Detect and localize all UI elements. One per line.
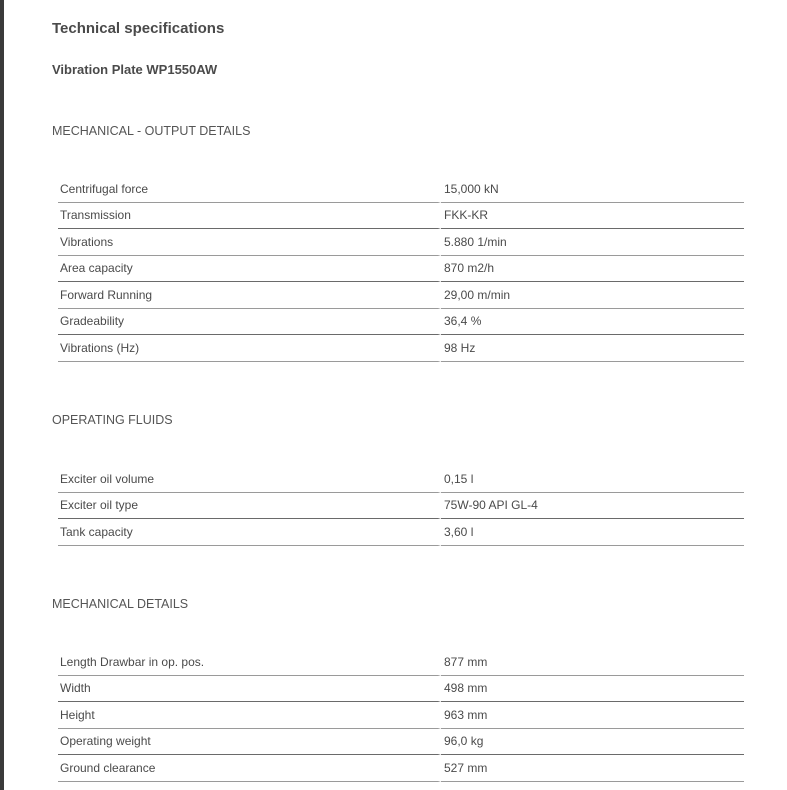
table-row: Length Drawbar in op. pos.877 mm [58, 649, 744, 676]
spec-label: Exciter oil volume [58, 466, 441, 493]
spec-value: 0,15 l [441, 466, 744, 493]
table-row: Height963 mm [58, 702, 744, 729]
spec-table-mechanical-details: Length Drawbar in op. pos.877 mmWidth498… [58, 649, 744, 782]
section-heading-mechanical-output: MECHANICAL - OUTPUT DETAILS [52, 124, 250, 138]
section-heading-operating-fluids: OPERATING FLUIDS [52, 413, 173, 427]
table-row: Width498 mm [58, 676, 744, 703]
spec-value: FKK-KR [441, 203, 744, 230]
spec-value: 96,0 kg [441, 729, 744, 756]
table-row: Area capacity870 m2/h [58, 256, 744, 283]
table-row: Operating weight96,0 kg [58, 729, 744, 756]
spec-table-mechanical-output: Centrifugal force15,000 kNTransmissionFK… [58, 176, 744, 362]
spec-label: Width [58, 676, 441, 703]
table-row: Forward Running29,00 m/min [58, 282, 744, 309]
spec-label: Centrifugal force [58, 176, 441, 203]
spec-label: Area capacity [58, 256, 441, 283]
spec-label: Operating weight [58, 729, 441, 756]
spec-value: 870 m2/h [441, 256, 744, 283]
spec-table-operating-fluids: Exciter oil volume0,15 lExciter oil type… [58, 466, 744, 546]
spec-label: Vibrations (Hz) [58, 335, 441, 362]
table-row: Vibrations5.880 1/min [58, 229, 744, 256]
spec-value: 15,000 kN [441, 176, 744, 203]
spec-value: 527 mm [441, 755, 744, 782]
spec-value: 36,4 % [441, 309, 744, 336]
spec-value: 963 mm [441, 702, 744, 729]
spec-value: 877 mm [441, 649, 744, 676]
spec-value: 3,60 l [441, 519, 744, 546]
table-row: Centrifugal force15,000 kN [58, 176, 744, 203]
spec-value: 5.880 1/min [441, 229, 744, 256]
spec-label: Length Drawbar in op. pos. [58, 649, 441, 676]
spec-label: Ground clearance [58, 755, 441, 782]
spec-label: Exciter oil type [58, 493, 441, 520]
table-row: TransmissionFKK-KR [58, 203, 744, 230]
table-row: Exciter oil volume0,15 l [58, 466, 744, 493]
spec-label: Forward Running [58, 282, 441, 309]
spec-value: 29,00 m/min [441, 282, 744, 309]
spec-label: Vibrations [58, 229, 441, 256]
section-heading-mechanical-details: MECHANICAL DETAILS [52, 597, 188, 611]
page-title: Technical specifications [52, 20, 224, 37]
table-row: Ground clearance527 mm [58, 755, 744, 782]
product-name: Vibration Plate WP1550AW [52, 62, 217, 77]
left-edge-bar [0, 0, 4, 790]
table-row: Gradeability36,4 % [58, 309, 744, 336]
table-row: Tank capacity3,60 l [58, 519, 744, 546]
spec-label: Height [58, 702, 441, 729]
spec-label: Transmission [58, 203, 441, 230]
spec-value: 498 mm [441, 676, 744, 703]
spec-value: 98 Hz [441, 335, 744, 362]
spec-label: Tank capacity [58, 519, 441, 546]
spec-value: 75W-90 API GL-4 [441, 493, 744, 520]
spec-label: Gradeability [58, 309, 441, 336]
table-row: Vibrations (Hz)98 Hz [58, 335, 744, 362]
table-row: Exciter oil type75W-90 API GL-4 [58, 493, 744, 520]
